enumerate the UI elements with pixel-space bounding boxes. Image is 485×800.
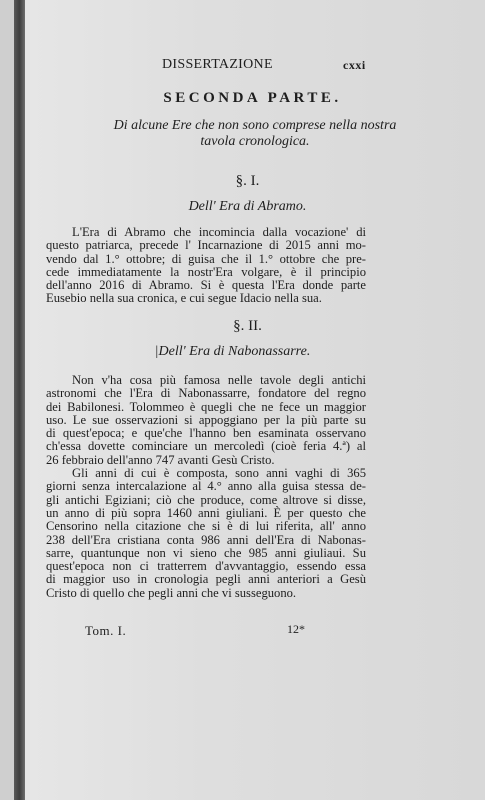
section-number: §. II. — [0, 318, 485, 335]
part-title: SECONDA PARTE. — [0, 90, 485, 107]
text-line: Non v'ha cosa più famosa nelle tavole de… — [46, 374, 366, 387]
text-line: un anno di più sopra 1460 anni giuliani.… — [46, 507, 366, 520]
section-title: Dell' Era di Abramo. — [0, 199, 485, 215]
section-number: §. I. — [0, 173, 485, 190]
text-line: questo patriarca, precede l' Incarnazion… — [46, 239, 366, 252]
subtitle-line: Di alcune Ere che non sono comprese nell… — [100, 118, 410, 134]
paragraph: L'Era di Abramo che incomincia dalla voc… — [46, 226, 366, 306]
left-margin-strip — [0, 0, 14, 800]
text-line: Cristo di quello che pegli anni che vi s… — [46, 587, 366, 600]
text-line: astronomi che l'Era di Nabonassarre, fon… — [46, 387, 366, 400]
text-line: 26 febbraio dell'anno 747 avanti Gesù Cr… — [46, 454, 366, 467]
text-line: Gli anni di cui è composta, sono anni va… — [46, 467, 366, 480]
text-line: uso. Le sue osservazioni si appoggiano p… — [46, 414, 366, 427]
book-spine-shadow — [14, 0, 25, 800]
text-line: dell'anno 2016 di Abramo. Si è questa l'… — [46, 279, 366, 292]
text-line: gli antichi Egiziani; ciò che produce, c… — [46, 494, 366, 507]
text-line: di maggior uso in cronologia pegli anni … — [46, 573, 366, 586]
paragraph: Non v'ha cosa più famosa nelle tavole de… — [46, 374, 366, 600]
subtitle-line: tavola cronologica. — [100, 134, 410, 150]
gathering-mark: 12* — [287, 622, 305, 637]
text-line: Censorino nella citazione che si è di lu… — [46, 520, 366, 533]
text-line: sarre, quantunque non vi sieno che 985 a… — [46, 547, 366, 560]
text-line: Eusebio nella sua cronica, e cui segue I… — [46, 292, 366, 305]
running-head: DISSERTAZIONE cxxi — [0, 57, 485, 77]
running-title: DISSERTAZIONE — [162, 57, 273, 73]
text-line: di quest'epoca; e que'che l'hanno ben es… — [46, 427, 366, 440]
text-line: 238 dell'Era cristiana conta 986 anni de… — [46, 534, 366, 547]
part-subtitle: Di alcune Ere che non sono comprese nell… — [100, 118, 410, 150]
text-line: giorni senza intercalazione al 4.° anno … — [46, 480, 366, 493]
text-line: quest'epoca non ci tratterrem d'avvantag… — [46, 560, 366, 573]
text-line: dei Babilonesi. Tolommeo è quegli che ne… — [46, 401, 366, 414]
volume-signature: Tom. I. — [85, 623, 126, 639]
section-title: |Dell' Era di Nabonassarre. — [0, 344, 485, 360]
text-line: cede immediatamente la nostr'Era volgare… — [46, 266, 366, 279]
text-line: vendo dal 1.° ottobre; di guisa che il 1… — [46, 253, 366, 266]
text-line: L'Era di Abramo che incomincia dalla voc… — [46, 226, 366, 239]
page-number: cxxi — [343, 58, 366, 73]
text-line: ch'essa dovette cominciare un mercoledì … — [46, 440, 366, 453]
